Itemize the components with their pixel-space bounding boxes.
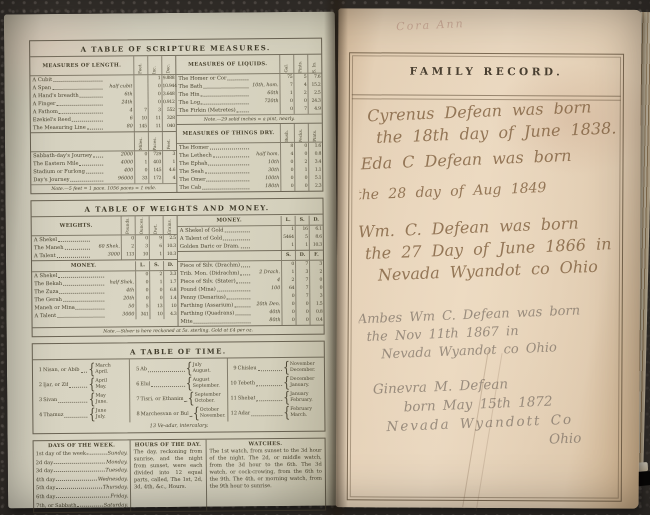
row-value: 1 — [281, 226, 295, 234]
journeys-note: Note.—5 feet = 1 pace. 1056 paces = 1 mi… — [31, 183, 176, 193]
gregorian-months: NovemberDecember. — [290, 361, 323, 373]
row-label: The Gerah — [32, 296, 62, 304]
table-of-time: A TABLE OF TIME. 1Nisan, or Abib{MarchAp… — [32, 341, 326, 434]
dot-leader — [63, 296, 104, 302]
family-record-entry: Cyrenus Defean was bornthe 18th day of J… — [367, 101, 618, 149]
month-number: 10 — [229, 380, 238, 386]
row-value: 1 — [294, 167, 308, 175]
row-value: 5464 — [281, 234, 295, 242]
row-value: 4.3 — [163, 311, 177, 319]
row-value: 0 — [294, 98, 308, 106]
row-value: 4 — [280, 151, 294, 159]
row-value: 7 — [295, 285, 309, 293]
row-value: 0 — [295, 301, 309, 309]
day-label: 3d day — [36, 467, 53, 476]
dot-leader — [77, 505, 102, 506]
row-label: A Span — [30, 84, 51, 92]
month-cell: 6Elul{AugustSeptember. — [131, 376, 225, 392]
month-cell: 1Nisan, or Abib{MarchApril. — [34, 361, 128, 377]
row-value: 0 — [281, 309, 295, 317]
month-cell: 2Ijar, or Zif{AprilMay. — [34, 376, 128, 392]
row-qualifier — [91, 235, 121, 243]
row-value: 0 — [294, 175, 308, 183]
table-row: A Talent3000341104.3 — [32, 311, 177, 320]
gregorian-month: April. — [95, 369, 128, 375]
dot-leader — [190, 416, 192, 417]
row-value: 10.944 — [161, 83, 175, 91]
weights-table: WEIGHTS.Pounds.Ounces.Dwt.Grains. A Shek… — [32, 216, 177, 260]
row-value: 5.1 — [308, 175, 322, 183]
dot-leader — [72, 116, 103, 122]
column-header: Pints. — [308, 124, 322, 142]
dot-leader — [257, 400, 283, 401]
dot-leader — [60, 288, 105, 294]
row-value: 2 — [294, 90, 308, 98]
row-value: 1 — [280, 90, 294, 98]
row-label: The Bekah — [32, 280, 62, 288]
row-qualifier: 60th — [250, 90, 280, 98]
gregorian-month: August. — [193, 368, 226, 374]
row-qualifier: 40th — [251, 309, 281, 317]
dot-leader — [201, 90, 249, 96]
handwritten-line: the 28 day of Aug 1849 — [358, 174, 618, 206]
family-record-entry: Ginevra M. Defeanborn May 15th 1872Nevad… — [358, 371, 618, 457]
column-header: S. — [281, 251, 295, 260]
dot-leader — [56, 488, 102, 489]
month-cell: 12Adar{FebruaryMarch. — [229, 405, 323, 421]
row-value: 2 — [309, 269, 323, 277]
family-record-entry: Eda C Defean was bornthe 28 day of Aug 1… — [360, 143, 617, 206]
row-value: 5 — [293, 74, 307, 82]
row-qualifier: 20th — [105, 295, 135, 303]
dot-leader — [237, 277, 251, 283]
row-value: 4 — [162, 175, 176, 183]
gregorian-month: December. — [290, 367, 323, 373]
row-value: 11 — [148, 123, 162, 131]
row-label: The Cab — [177, 184, 201, 192]
column-header: D. — [295, 251, 309, 260]
row-value: 3 — [135, 243, 149, 251]
weights-and-money-table: A TABLE OF WEIGHTS AND MONEY. WEIGHTS.Po… — [30, 198, 324, 338]
row-qualifier: 24th — [104, 99, 134, 107]
row-label: The Log — [177, 99, 200, 107]
month-cell: 4Thamuz{JuneJuly. — [34, 406, 128, 422]
row-value: 3.4 — [308, 159, 322, 167]
day-name: Tuesday. — [105, 467, 128, 476]
row-qualifier — [251, 261, 281, 269]
row-label: The Bath — [176, 83, 202, 91]
dot-leader — [93, 152, 103, 158]
row-value: 0 — [149, 287, 163, 295]
row-value: 3 — [148, 107, 162, 115]
weights-column: WEIGHTS.Pounds.Ounces.Dwt.Grains. A Shek… — [32, 216, 178, 327]
dot-leader — [57, 252, 90, 258]
dot-leader — [217, 285, 251, 291]
row-value: 7 — [134, 107, 148, 115]
row-value: 1.7 — [163, 279, 177, 287]
journeys-table: Miles.Paces.Feet. Sabbath-day's Journey2… — [31, 131, 177, 193]
row-value: 0 — [135, 279, 149, 287]
row-value — [133, 83, 147, 91]
dot-leader — [65, 244, 90, 250]
row-value: 2 — [294, 159, 308, 167]
money-silver-body: A Shekel023.3The Bekahhalf Shek.011.7The… — [32, 271, 177, 320]
dot-leader — [209, 159, 250, 165]
month-name: Tisri, or Ethanim — [141, 395, 184, 401]
row-qualifier: 6 — [104, 115, 134, 123]
weights-table-body: A Shekel0092.5The Maneh60 Shek.23610.3A … — [32, 235, 177, 260]
dot-leader — [76, 304, 105, 310]
month-cell: 7Tisri, or Ethanim{SeptemberOctober. — [131, 391, 225, 407]
column-header: S. — [295, 216, 309, 225]
row-value: 5 — [135, 303, 149, 311]
length-heading: MEASURES OF LENGTH. — [30, 60, 133, 71]
month-name: Ab — [140, 366, 147, 372]
gregorian-months: AugustSeptember. — [193, 377, 226, 389]
scripture-measures-table: A TABLE OF SCRIPTURE MEASURES. MEASURES … — [29, 38, 323, 195]
column-header: Pecks. — [294, 124, 308, 142]
measures-of-liquids-table: MEASURES OF LIQUIDS.Gal.Pints.S. In. The… — [176, 55, 322, 124]
gregorian-month: July. — [96, 414, 129, 420]
row-value — [133, 75, 147, 83]
dot-leader — [148, 371, 185, 372]
row-qualifier: 10th, hom. — [249, 82, 279, 90]
column-header: D. — [309, 216, 323, 225]
dot-leader — [185, 401, 187, 402]
row-value: 1 — [281, 242, 295, 250]
dot-leader — [240, 269, 250, 275]
month-number: 2 — [34, 382, 43, 388]
row-value: 3.648 — [162, 91, 176, 99]
month-number: 11 — [229, 395, 238, 401]
calendar-tables: DAYS OF THE WEEK. 1st day of the weekSun… — [33, 437, 327, 513]
dry-table-body: The Homer801.6The Lethechhalf hom.400.8T… — [177, 143, 322, 192]
row-qualifier: 20th Den. — [251, 301, 281, 309]
row-label: The Measuring Line — [31, 124, 86, 132]
right-page-family-record: Cora Ann FAMILY RECORD. Cyrenus Defean w… — [336, 8, 642, 509]
row-value: 0 — [280, 167, 294, 175]
month-number: 7 — [132, 396, 141, 402]
money-column: MONEY.L.S.D. A Shekel of Gold1166.1A Tal… — [177, 215, 324, 326]
row-value: 328 — [162, 115, 176, 123]
row-label: A Shekel — [32, 236, 57, 244]
family-record-entry: Wm. C. Defean was bornthe 27 Day of June… — [358, 211, 618, 287]
dot-leader — [87, 124, 103, 130]
row-value: 1 — [295, 242, 309, 250]
row-value: 2.3 — [308, 183, 322, 191]
row-value: 9.888 — [161, 75, 175, 83]
row-value: 0 — [147, 83, 161, 91]
row-value: 1.4 — [163, 295, 177, 303]
row-value: 0 — [135, 271, 149, 279]
day-name: Monday. — [106, 458, 128, 467]
row-value: 0 — [149, 295, 163, 303]
length-table-header: MEASURES OF LENGTH.Feet.Inc.Dec. — [30, 56, 175, 76]
dot-leader — [202, 183, 249, 189]
journeys-heading-blank — [31, 139, 134, 144]
row-label: Golden Daric or Dram. — [178, 242, 240, 251]
column-header: Dec. — [161, 56, 175, 74]
title-divider-rule — [352, 94, 621, 100]
row-value: 3 — [309, 293, 323, 301]
row-value: 3 — [309, 261, 323, 269]
dot-leader — [152, 386, 185, 387]
row-label: Day's Journey — [31, 176, 69, 184]
day-name: Sunday. — [107, 449, 127, 458]
column-header: S. — [149, 261, 163, 270]
gregorian-months: DecemberJanuary. — [290, 376, 323, 388]
row-qualifier: half Shek. — [105, 279, 135, 287]
day-row: 7th, or SabbathSaturday. — [36, 501, 128, 510]
row-value: 0 — [121, 235, 135, 243]
brace-glyph: { — [193, 404, 200, 422]
row-value: 0 — [294, 183, 308, 191]
weights-table-header: WEIGHTS.Pounds.Ounces.Dwt.Grains. — [32, 216, 177, 236]
row-qualifier — [249, 74, 279, 82]
row-value: 10 — [163, 303, 177, 311]
row-value: 145 — [134, 123, 148, 131]
row-value: 341 — [135, 311, 149, 319]
day-label: 6th day — [36, 493, 55, 502]
journeys-table-body: Sabbath-day's Journey200007293The Easter… — [31, 151, 176, 184]
row-value: 2.5 — [163, 235, 177, 243]
dot-leader — [241, 242, 250, 248]
row-qualifier: 50 — [105, 303, 135, 311]
dot-leader — [58, 402, 87, 403]
column-header: Miles. — [134, 132, 148, 150]
row-qualifier: 30th — [250, 167, 280, 175]
row-qualifier: 96000 — [104, 175, 134, 183]
day-name: Friday. — [110, 492, 128, 501]
gregorian-month: October. — [195, 398, 228, 404]
row-label: A Finger — [31, 100, 56, 108]
table-row: The Measuring Line8014511040 — [31, 123, 176, 132]
row-value: 10 — [135, 251, 149, 259]
row-value: 0 — [135, 235, 149, 243]
day-label: 2d day — [36, 459, 53, 468]
row-value: 7 — [295, 293, 309, 301]
dry-table-header: MEASURES OF THINGS DRY.Bush.Pecks.Pints. — [177, 124, 322, 144]
dot-leader — [63, 280, 104, 286]
liquids-column: MEASURES OF LIQUIDS.Gal.Pints.S. In. The… — [175, 55, 322, 192]
row-qualifier: 3000 — [91, 251, 121, 259]
money-pieces-body: Piece of Silv. (Drachm)073Trib. Mon. (Di… — [178, 261, 324, 326]
row-qualifier — [251, 226, 281, 234]
dot-leader — [207, 175, 250, 181]
dot-leader — [54, 471, 104, 472]
row-value: 0 — [281, 293, 295, 301]
row-qualifier: 60 Shek. — [91, 243, 121, 251]
row-value: 0 — [309, 285, 323, 293]
row-qualifier: half cubit — [103, 83, 133, 91]
column-header: Feet. — [133, 56, 147, 74]
open-book-photo: A TABLE OF SCRIPTURE MEASURES. MEASURES … — [0, 0, 650, 515]
row-value: 7 — [295, 261, 309, 269]
time-column: 5Ab{JulyAugust.6Elul{AugustSeptember.7Ti… — [129, 359, 227, 423]
row-qualifier: 4 — [251, 277, 281, 285]
gregorian-month: May. — [95, 384, 128, 390]
row-qualifier: half hom. — [250, 151, 280, 159]
row-value: 552 — [162, 107, 176, 115]
month-name: Nisan, or Abib — [43, 366, 80, 372]
row-qualifier: 400 — [104, 167, 134, 175]
dot-leader — [81, 372, 88, 373]
liquids-heading: MEASURES OF LIQUIDS. — [176, 59, 279, 70]
dot-leader — [205, 167, 249, 173]
row-value: 24.3 — [308, 98, 322, 106]
row-value: 0 — [280, 106, 294, 114]
row-value: 3 — [162, 151, 176, 159]
row-qualifier — [250, 143, 280, 151]
month-cell: 5Ab{JulyAugust. — [131, 361, 225, 377]
day-name: Wednesday. — [98, 475, 128, 484]
family-record-frame: FAMILY RECORD. Cyrenus Defean was bornth… — [347, 52, 624, 501]
row-value: 1.5 — [309, 301, 323, 309]
month-name: Elul — [140, 381, 150, 387]
dot-leader — [71, 176, 104, 182]
month-number: 6 — [131, 381, 140, 387]
hours-of-day-panel: HOURS OF THE DAY. The day, reckoning fro… — [130, 439, 206, 511]
row-label: A Talent — [32, 252, 56, 260]
gregorian-months: FebruaryMarch. — [290, 406, 323, 418]
weights-and-money-columns: WEIGHTS.Pounds.Ounces.Dwt.Grains. A Shek… — [32, 214, 324, 328]
dot-leader — [227, 293, 251, 299]
dot-leader — [52, 84, 102, 90]
dot-leader — [80, 92, 103, 98]
row-label: The Seah — [177, 168, 204, 176]
column-header: Pints. — [293, 55, 307, 73]
dot-leader — [201, 98, 249, 104]
dot-leader — [53, 76, 102, 82]
row-qualifier: 100 — [251, 285, 281, 293]
day-label: 1st day of the week — [36, 450, 86, 459]
liquids-table-header: MEASURES OF LIQUIDS.Gal.Pints.S. In. — [176, 55, 321, 75]
column-header: Ounces. — [135, 216, 149, 234]
row-qualifier: 80 — [104, 123, 134, 131]
month-name: Thamuz — [43, 411, 63, 417]
row-value: 6.1 — [309, 226, 323, 234]
length-column: MEASURES OF LENGTH.Feet.Inc.Dec. A Cubit… — [30, 56, 176, 193]
time-column: 1Nisan, or Abib{MarchApril.2Ijar, or Zif… — [33, 359, 130, 423]
row-value: 15.2 — [307, 82, 321, 90]
month-number: 5 — [131, 366, 140, 372]
length-table-body: A Cubit19.888A Spanhalf cubit010.944A Ha… — [30, 75, 175, 132]
dot-leader — [58, 236, 90, 242]
table-row: Mite80th000.4 — [179, 317, 324, 326]
row-label: The Firkin (Metretes) — [177, 106, 236, 115]
row-value: 0 — [134, 151, 148, 159]
dot-leader — [241, 261, 250, 267]
money-pieces-table: S.D.F. Piece of Silv. (Drachm)073Trib. M… — [178, 250, 324, 326]
month-name: Shebat — [238, 395, 256, 401]
dot-leader — [223, 234, 250, 240]
table-row: A Talent300011310110.3 — [32, 251, 177, 260]
row-label: Mite — [179, 318, 193, 326]
row-qualifier: 4 — [104, 107, 134, 115]
month-name: Marchesvan or Bul — [141, 410, 189, 416]
column-header: Pounds. — [121, 216, 135, 234]
row-label: A Talent — [32, 312, 56, 320]
row-value: 6 — [149, 243, 163, 251]
month-number: 9 — [229, 365, 238, 371]
row-value: 040 — [162, 123, 176, 131]
day-label: 7th, or Sabbath — [36, 501, 76, 510]
row-value: 145 — [148, 167, 162, 175]
month-name: Chisleu — [238, 365, 257, 371]
row-qualifier: 10th — [250, 159, 280, 167]
row-label: A Fathom — [31, 108, 58, 116]
row-value: 0 — [296, 317, 310, 325]
hours-of-day-text: The day, reckoning from sunrise, and the… — [133, 449, 204, 492]
month-cell: 11Shebat{JanuaryFebruary. — [229, 390, 323, 406]
family-record-title: FAMILY RECORD. — [350, 65, 623, 78]
row-qualifier: 2 Drach. — [251, 269, 281, 277]
liquids-table-body: The Homer or Cor7557.6The Bath10th, hom.… — [176, 74, 321, 115]
row-value: 10.3 — [163, 243, 177, 251]
row-label: A Cubit — [30, 76, 52, 84]
day-name: Thursday. — [103, 484, 128, 493]
dot-leader — [213, 151, 249, 157]
row-value: 172 — [148, 175, 162, 183]
column-header: Dwt. — [149, 216, 163, 234]
row-value: 0 — [282, 317, 296, 325]
money-gold-heading: MONEY. — [178, 215, 281, 226]
row-value: 0 — [294, 143, 308, 151]
row-value: 4 — [293, 82, 307, 90]
row-value: 0.8 — [308, 151, 322, 159]
dot-leader — [251, 415, 282, 416]
column-header: Feet. — [162, 132, 176, 150]
gregorian-months: JuneJuly. — [96, 408, 129, 420]
dot-leader — [194, 317, 251, 323]
dot-leader — [86, 168, 103, 174]
month-cell: 10Tebeth{DecemberJanuary. — [229, 375, 323, 391]
column-header: Paces. — [148, 132, 162, 150]
dot-leader — [56, 479, 97, 480]
gregorian-month: June. — [96, 399, 129, 405]
row-label: The Omer — [177, 176, 205, 184]
row-value: 2 — [281, 277, 295, 285]
row-value: 0.4 — [310, 317, 324, 325]
month-number: 4 — [34, 412, 43, 418]
dot-leader — [256, 385, 282, 386]
row-value: 10.3 — [163, 251, 177, 259]
table-row: Golden Daric or Dram.1110.3 — [178, 242, 323, 251]
row-value: 1 — [149, 251, 163, 259]
row-value: 0 — [280, 159, 294, 167]
dot-leader — [227, 74, 248, 80]
row-value: 5 — [295, 234, 309, 242]
row-qualifier: 180th — [250, 183, 280, 191]
brace-glyph: { — [89, 405, 96, 423]
row-label: The Ephah — [177, 160, 207, 168]
row-value: 0 — [281, 261, 295, 269]
column-header: Grains. — [163, 216, 177, 234]
gregorian-months: SeptemberOctober. — [195, 392, 228, 404]
column-header: Gal. — [279, 55, 293, 73]
row-value: 0 — [294, 151, 308, 159]
row-value: 64 — [281, 285, 295, 293]
row-value: 0 — [135, 287, 149, 295]
row-value: 10 — [134, 115, 148, 123]
row-qualifier — [105, 271, 135, 279]
dot-leader — [225, 226, 250, 232]
row-label: A Shekel — [32, 272, 57, 280]
row-value: 10.3 — [309, 242, 323, 250]
row-value: 3.3 — [163, 271, 177, 279]
scripture-measures-columns: MEASURES OF LENGTH.Feet.Inc.Dec. A Cubit… — [30, 54, 322, 194]
month-number: 1 — [34, 367, 43, 373]
